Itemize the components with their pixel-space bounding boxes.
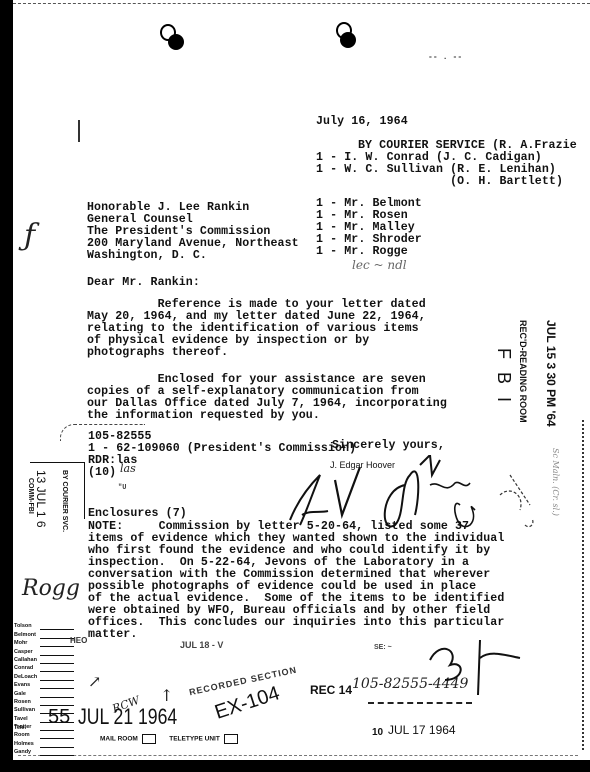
routing-line	[40, 676, 74, 681]
scan-border-left	[0, 0, 13, 772]
jul17-prefix: 10	[372, 727, 383, 738]
routing-name: Rosen	[14, 699, 40, 706]
scan-border-bottom	[0, 760, 590, 772]
paragraph-line: the information requested by you.	[87, 410, 320, 422]
margin-tick	[78, 120, 80, 142]
routing-name: Tele. Room	[14, 725, 40, 739]
received-stamp-fbi: F B I	[493, 348, 514, 406]
routing-name: Holmes	[14, 741, 40, 748]
distribution-line: 1 - Mr. Rogge	[316, 246, 408, 258]
routing-name: Tolson	[14, 623, 40, 630]
routing-name: Belmont	[14, 632, 40, 639]
routing-line	[40, 743, 74, 748]
matter-scrawl: HEO	[70, 636, 87, 645]
addressee-line: Washington, D. C.	[87, 250, 207, 262]
handwritten-initials: las	[120, 462, 136, 475]
received-stamp-time: JUL 15 3 30 PM '64	[544, 320, 558, 427]
routing-row: Tele. Room	[14, 731, 74, 739]
courier-stamp-comm: COMM-FBI	[27, 478, 34, 514]
letter-date: July 16, 1964	[316, 116, 408, 128]
enclosures-line: Enclosures (7)	[88, 508, 187, 520]
routing-row: Tolson	[14, 622, 74, 630]
courier-stamp-date: 13 JUL 1 6	[34, 470, 48, 528]
mail-room-checkbox-row: MAIL ROOM TELETYPE UNIT	[100, 734, 238, 744]
routing-row: Casper	[14, 647, 74, 655]
arrow-mark: ↗	[88, 672, 101, 691]
right-edge-dots	[582, 420, 586, 750]
jul21-prefix: 55	[48, 706, 70, 729]
faint-stamp-jul: JUL 18 - V	[180, 640, 223, 650]
rec-underline	[368, 702, 472, 704]
routing-name: Evans	[14, 682, 40, 689]
salutation: Dear Mr. Rankin:	[87, 277, 200, 289]
note-line: offices. This concludes our inquiries in…	[88, 617, 504, 629]
note-line: matter.	[88, 629, 137, 641]
mail-room-label: MAIL ROOM	[100, 736, 138, 743]
routing-row: Mohr	[14, 639, 74, 647]
routing-row: Gandy	[14, 748, 74, 756]
handwritten-scribble: lec ~ ndl	[352, 258, 407, 272]
routing-name: Gale	[14, 691, 40, 698]
routing-line	[40, 693, 74, 698]
teletype-unit-label: TELETYPE UNIT	[169, 736, 220, 743]
file-number-flourish	[410, 640, 540, 700]
routing-row: Evans	[14, 681, 74, 689]
routing-name: Tavel	[14, 716, 40, 723]
routing-name: Conrad	[14, 665, 40, 672]
courier-stamp-service: BY COURIER SVC.	[61, 470, 68, 532]
routing-line	[40, 625, 74, 630]
handwritten-rogge-note: Rogg	[22, 576, 80, 601]
small-stamp-marks: SE: ~	[374, 644, 392, 651]
routing-row: Conrad	[14, 664, 74, 672]
jul21-date-stamp: JUL 21 1964	[78, 704, 177, 730]
routing-name: Sullivan	[14, 707, 40, 714]
small-mark: "U	[118, 482, 127, 494]
routing-row: Belmont	[14, 630, 74, 638]
teletype-unit-checkbox[interactable]	[224, 734, 238, 744]
margin-handwritten-mark: ƒ	[24, 218, 35, 253]
routing-row: Holmes	[14, 739, 74, 747]
closing: Sincerely yours,	[332, 440, 445, 452]
arrow-up-mark: ↑	[160, 686, 173, 705]
routing-list: TolsonBelmontMohrCasperCallahanConradDeL…	[14, 622, 74, 756]
top-right-mark: -- . --	[428, 52, 462, 64]
routing-line	[40, 684, 74, 689]
routing-line	[40, 751, 74, 756]
routing-row: DeLoach	[14, 672, 74, 680]
distribution-line: (O. H. Bartlett)	[316, 176, 563, 188]
top-edge-rule	[13, 3, 590, 4]
routing-line	[40, 634, 74, 639]
routing-line	[40, 667, 74, 672]
routing-row: Rosen	[14, 698, 74, 706]
routing-row: Callahan	[14, 656, 74, 664]
routing-line	[40, 734, 74, 739]
routing-line	[40, 642, 74, 647]
paragraph-line: photographs thereof.	[87, 347, 228, 359]
routing-name: Mohr	[14, 640, 40, 647]
routing-line	[40, 651, 74, 656]
routing-name: Casper	[14, 649, 40, 656]
right-faint-handwriting: Sc Maln. (Cr. sl.)	[551, 448, 560, 516]
file-ref-bracket	[60, 424, 145, 441]
jul17-date-stamp: JUL 17 1964	[388, 723, 456, 737]
routing-name: Gandy	[14, 749, 40, 756]
file-ref-line: (10)	[88, 467, 116, 479]
routing-row: Gale	[14, 689, 74, 697]
bottom-edge-rule	[18, 755, 578, 756]
rec-number-stamp: REC 14	[310, 683, 352, 697]
mail-room-checkbox[interactable]	[142, 734, 156, 744]
routing-name: Callahan	[14, 657, 40, 664]
received-stamp-room: REC'D-READING ROOM	[518, 320, 528, 423]
routing-name: DeLoach	[14, 674, 40, 681]
routing-line	[40, 659, 74, 664]
